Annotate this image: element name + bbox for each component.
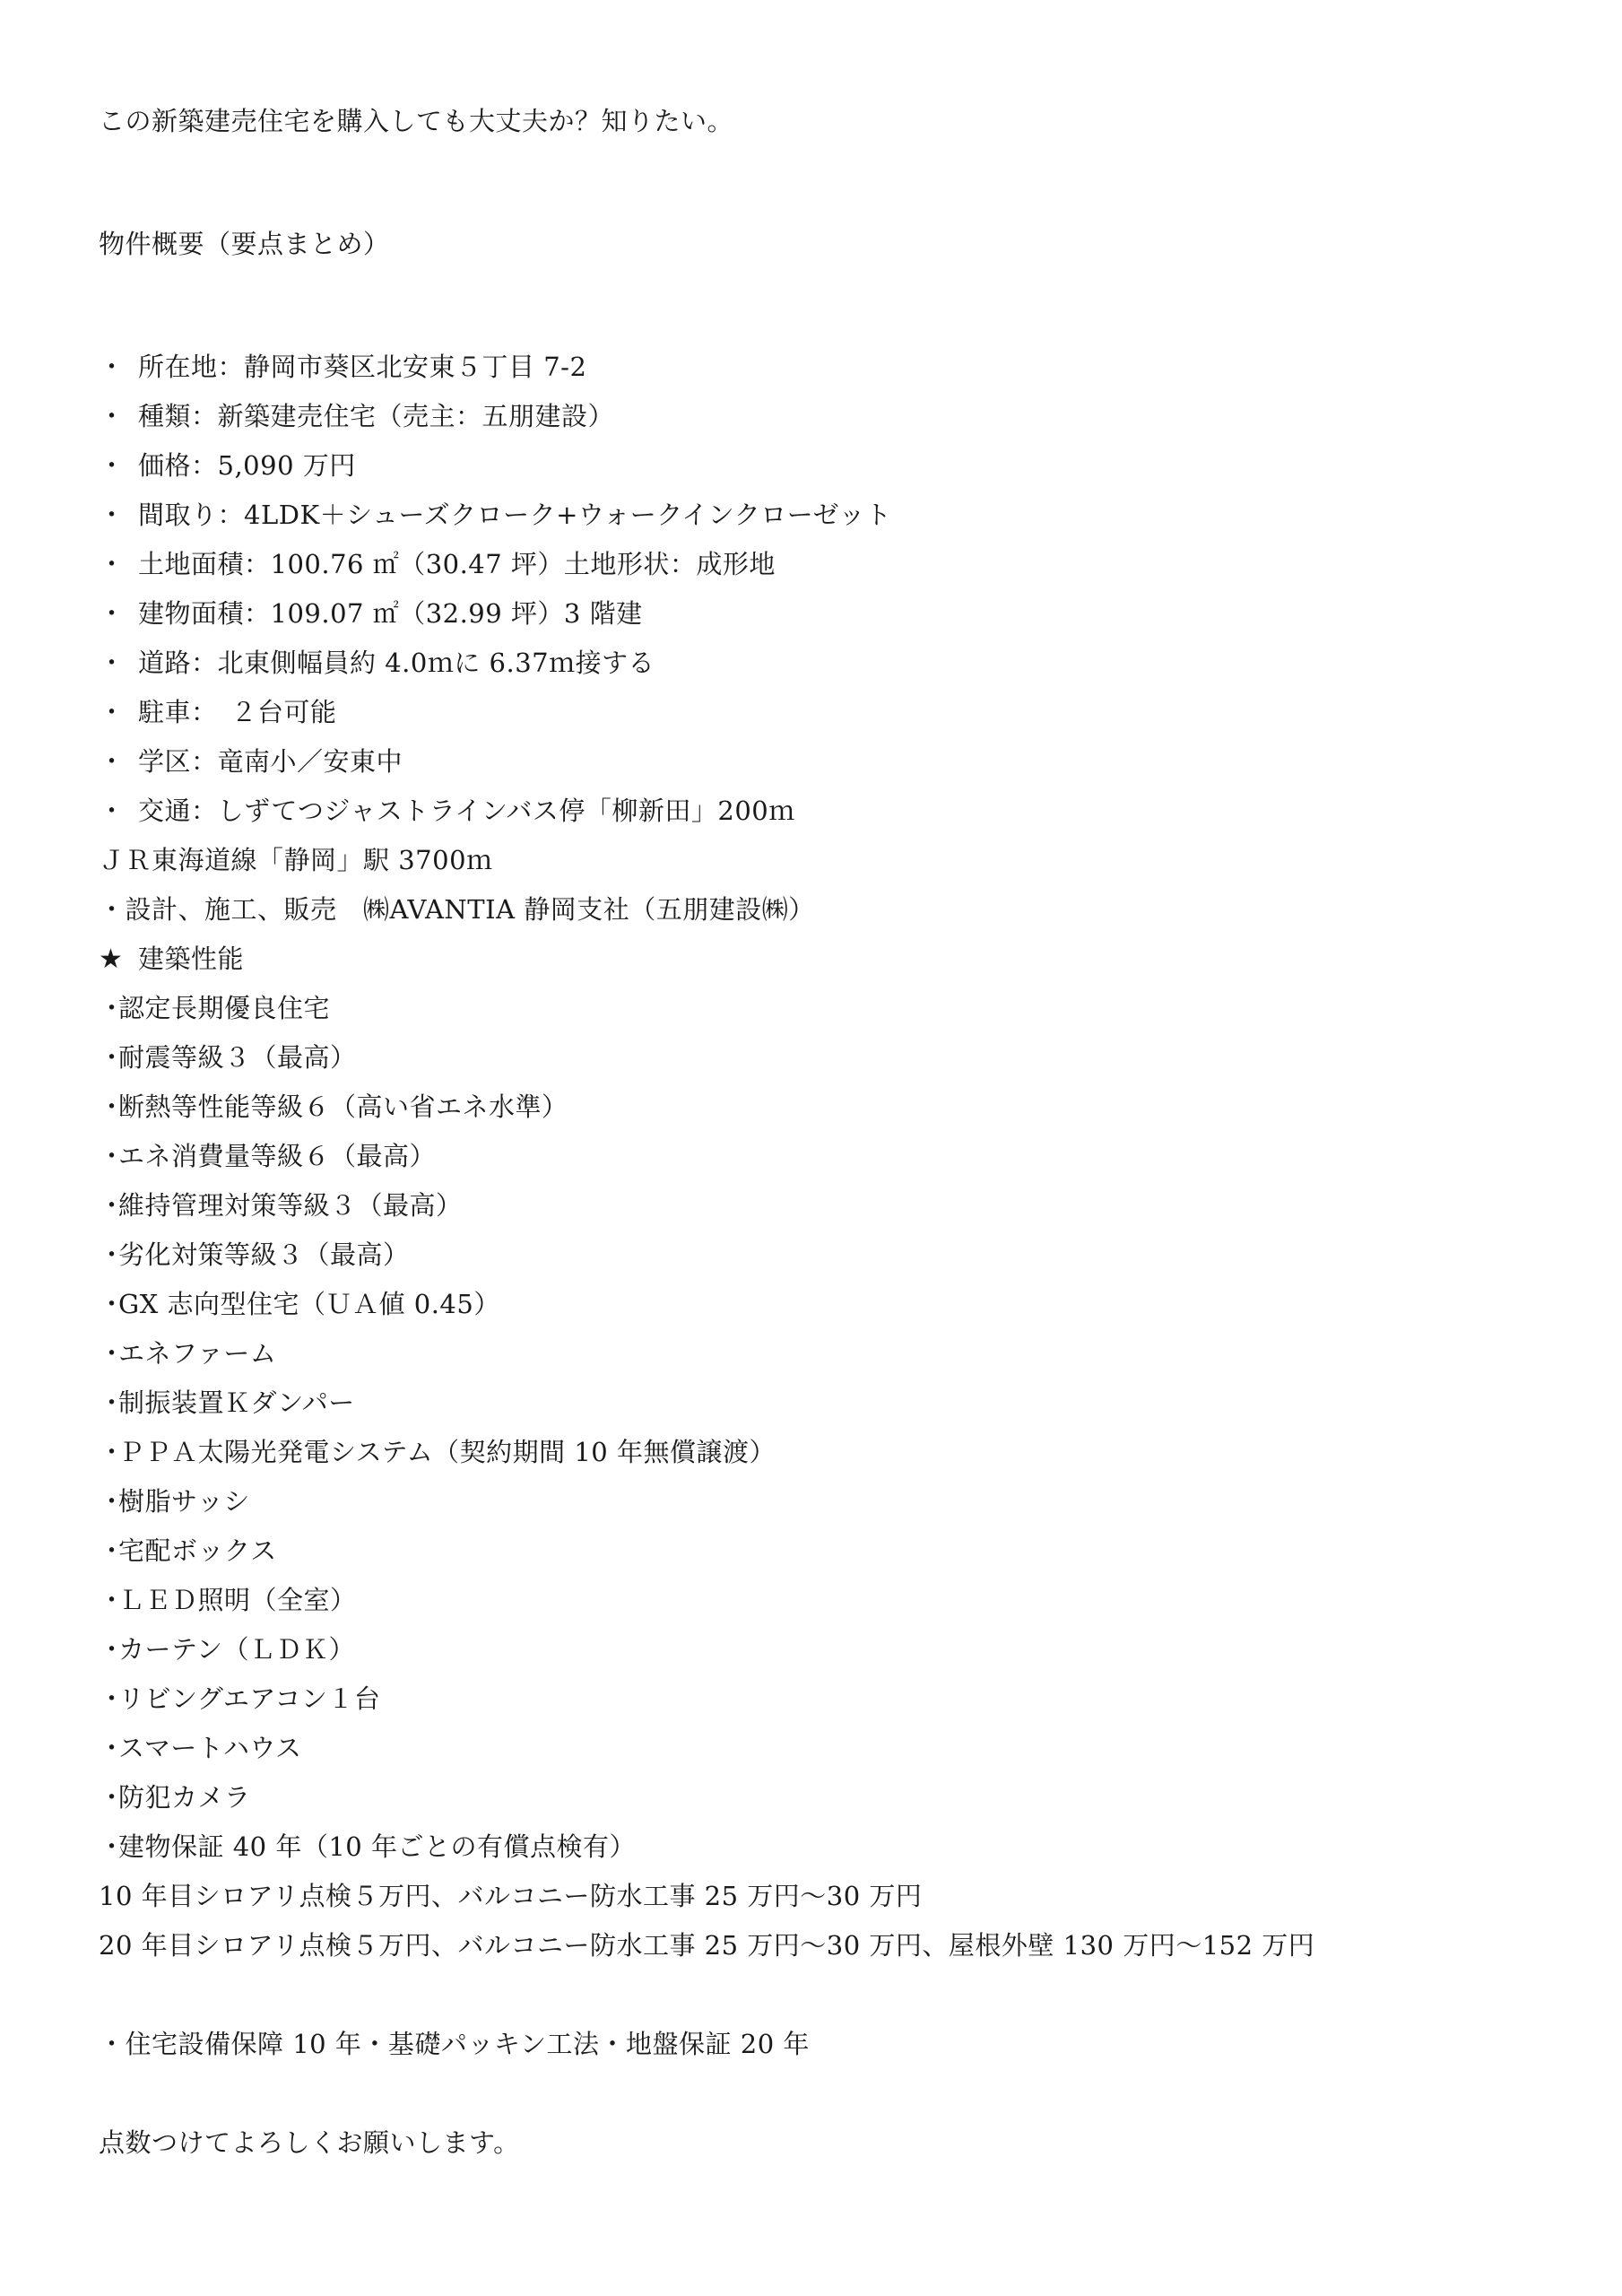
spacer	[99, 269, 1533, 343]
bullet-icon: ・	[99, 787, 138, 836]
overview-list: ・所在地：静岡市葵区北安東５丁目 7-2 ・種類：新築建売住宅（売主：五朋建設）…	[99, 343, 1533, 935]
builder-line: ・設計、施工、販売 ㈱AVANTIA 静岡支社（五朋建設㈱）	[99, 885, 1533, 935]
performance-item-text: GX 志向型住宅（ＵＡ値 0.45）	[118, 1289, 500, 1319]
performance-item-text: 建物保証 40 年（10 年ごとの有償点検有）	[118, 1831, 636, 1862]
performance-item-text: エネ消費量等級６（最高）	[118, 1141, 436, 1171]
performance-item: ・GX 志向型住宅（ＵＡ値 0.45）	[99, 1280, 1533, 1329]
warranty-line: ・住宅設備保障 10 年・基礎パッキン工法・地盤保証 20 年	[99, 2020, 1533, 2069]
overview-item-school-district: ・学区：竜南小／安東中	[99, 737, 1533, 787]
performance-item-text: 劣化対策等級３（最高）	[118, 1239, 410, 1270]
bullet-icon: ・	[99, 1477, 118, 1526]
overview-item-transport: ・交通：しずてつジャストラインバス停「柳新田」200ｍ	[99, 787, 1533, 836]
bullet-icon: ・	[99, 1083, 118, 1132]
maintenance-note-20yr: 20 年目シロアリ点検５万円、バルコニー防水工事 25 万円～30 万円、屋根外…	[99, 1921, 1533, 1970]
performance-item-text: ＬＥＤ照明（全室）	[118, 1585, 357, 1615]
performance-item-text: 樹脂サッシ	[118, 1486, 250, 1517]
performance-item: ・維持管理対策等級３（最高）	[99, 1181, 1533, 1231]
maintenance-note-10yr: 10 年目シロアリ点検５万円、バルコニー防水工事 25 万円～30 万円	[99, 1872, 1533, 1921]
performance-item: ・断熱等性能等級６（高い省エネ水準）	[99, 1083, 1533, 1132]
bullet-icon: ・	[99, 1428, 118, 1477]
performance-item: ・樹脂サッシ	[99, 1477, 1533, 1526]
bullet-icon: ・	[99, 1773, 118, 1822]
star-icon: ★	[99, 935, 138, 984]
overview-item-text: 所在地：静岡市葵区北安東５丁目 7-2	[138, 352, 586, 382]
spacer	[99, 1970, 1533, 2020]
overview-item-text: 駐車： ２台可能	[138, 697, 337, 727]
bullet-icon: ・	[99, 1033, 118, 1083]
performance-item: ・建物保証 40 年（10 年ごとの有償点検有）	[99, 1822, 1533, 1872]
bullet-icon: ・	[99, 737, 138, 787]
performance-heading: ★建築性能	[99, 935, 1533, 984]
performance-item-text: カーテン（ＬＤＫ）	[118, 1634, 355, 1665]
overview-item-land-area: ・土地面積：100.76 ㎡（30.47 坪）土地形状：成形地	[99, 540, 1533, 589]
overview-item-text: 建物面積：109.07 ㎡（32.99 坪）3 階建	[138, 598, 643, 629]
question-text: この新築建売住宅を購入しても大丈夫か？知りたい。	[99, 97, 1533, 146]
performance-item-text: 認定長期優良住宅	[118, 993, 330, 1023]
bullet-icon: ・	[99, 1329, 118, 1378]
summary-heading: 物件概要（要点まとめ）	[99, 220, 1533, 269]
overview-item-price: ・価格：5,090 万円	[99, 441, 1533, 491]
performance-item: ・スマートハウス	[99, 1724, 1533, 1773]
bullet-icon: ・	[99, 1674, 118, 1724]
bullet-icon: ・	[99, 491, 138, 540]
performance-list: ・認定長期優良住宅 ・耐震等級３（最高） ・断熱等性能等級６（高い省エネ水準） …	[99, 984, 1533, 1872]
bullet-icon: ・	[99, 1280, 118, 1329]
performance-item-text: スマートハウス	[118, 1733, 301, 1763]
bullet-icon: ・	[99, 589, 138, 639]
performance-item: ・劣化対策等級３（最高）	[99, 1231, 1533, 1280]
bullet-icon: ・	[99, 343, 138, 392]
bullet-icon: ・	[99, 1181, 118, 1231]
transport-continuation: ＪＲ東海道線「静岡」駅 3700ｍ	[99, 836, 1533, 885]
performance-item: ・ＬＥＤ照明（全室）	[99, 1576, 1533, 1625]
performance-item: ・認定長期優良住宅	[99, 984, 1533, 1033]
overview-item-text: 土地面積：100.76 ㎡（30.47 坪）土地形状：成形地	[138, 549, 776, 579]
bullet-icon: ・	[99, 1576, 118, 1625]
spacer	[99, 146, 1533, 220]
performance-heading-label: 建築性能	[138, 944, 244, 974]
bullet-icon: ・	[99, 1378, 118, 1428]
document-page: この新築建売住宅を購入しても大丈夫か？知りたい。 物件概要（要点まとめ） ・所在…	[99, 97, 1533, 2168]
overview-item-road: ・道路：北東側幅員約 4.0ｍに 6.37ｍ接する	[99, 639, 1533, 688]
performance-item: ・エネファーム	[99, 1329, 1533, 1378]
performance-item: ・リビングエアコン１台	[99, 1674, 1533, 1724]
overview-item-text: 価格：5,090 万円	[138, 450, 356, 481]
overview-item-text: 道路：北東側幅員約 4.0ｍに 6.37ｍ接する	[138, 648, 655, 678]
overview-item-text: 交通：しずてつジャストラインバス停「柳新田」200ｍ	[138, 796, 795, 826]
bullet-icon: ・	[99, 688, 138, 737]
bullet-icon: ・	[99, 392, 138, 441]
overview-item-building-area: ・建物面積：109.07 ㎡（32.99 坪）3 階建	[99, 589, 1533, 639]
performance-item-text: 制振装置Ｋダンパー	[118, 1387, 355, 1418]
performance-item-text: エネファーム	[118, 1338, 276, 1369]
overview-item-type: ・種類：新築建売住宅（売主：五朋建設）	[99, 392, 1533, 441]
performance-item-text: リビングエアコン１台	[118, 1683, 380, 1714]
performance-item-text: 維持管理対策等級３（最高）	[118, 1190, 463, 1221]
bullet-icon: ・	[99, 1526, 118, 1576]
performance-item-text: 断熱等性能等級６（高い省エネ水準）	[118, 1091, 568, 1122]
bullet-icon: ・	[99, 540, 138, 589]
performance-item: ・ＰＰＡ太陽光発電システム（契約期間 10 年無償譲渡）	[99, 1428, 1533, 1477]
performance-item-text: 防犯カメラ	[118, 1782, 251, 1813]
performance-item: ・耐震等級３（最高）	[99, 1033, 1533, 1083]
bullet-icon: ・	[99, 1822, 118, 1872]
performance-item: ・エネ消費量等級６（最高）	[99, 1132, 1533, 1181]
bullet-icon: ・	[99, 1132, 118, 1181]
overview-item-location: ・所在地：静岡市葵区北安東５丁目 7-2	[99, 343, 1533, 392]
performance-item: ・宅配ボックス	[99, 1526, 1533, 1576]
bullet-icon: ・	[99, 1724, 118, 1773]
performance-item-text: 耐震等級３（最高）	[118, 1042, 357, 1073]
overview-item-text: 間取り：4LDK＋シューズクローク+ウォークインクローゼット	[138, 500, 892, 530]
overview-item-text: 学区：竜南小／安東中	[138, 746, 403, 777]
performance-item: ・防犯カメラ	[99, 1773, 1533, 1822]
bullet-icon: ・	[99, 984, 118, 1033]
bullet-icon: ・	[99, 639, 138, 688]
overview-item-text: 種類：新築建売住宅（売主：五朋建設）	[138, 401, 614, 431]
overview-item-layout: ・間取り：4LDK＋シューズクローク+ウォークインクローゼット	[99, 491, 1533, 540]
bullet-icon: ・	[99, 1625, 118, 1674]
bullet-icon: ・	[99, 1231, 118, 1280]
closing-text: 点数つけてよろしくお願いします。	[99, 2118, 1533, 2168]
performance-item: ・制振装置Ｋダンパー	[99, 1378, 1533, 1428]
performance-item-text: 宅配ボックス	[118, 1535, 277, 1566]
overview-item-parking: ・駐車： ２台可能	[99, 688, 1533, 737]
performance-item: ・カーテン（ＬＤＫ）	[99, 1625, 1533, 1674]
performance-item-text: ＰＰＡ太陽光発電システム（契約期間 10 年無償譲渡）	[118, 1437, 776, 1467]
spacer	[99, 2069, 1533, 2118]
bullet-icon: ・	[99, 441, 138, 491]
